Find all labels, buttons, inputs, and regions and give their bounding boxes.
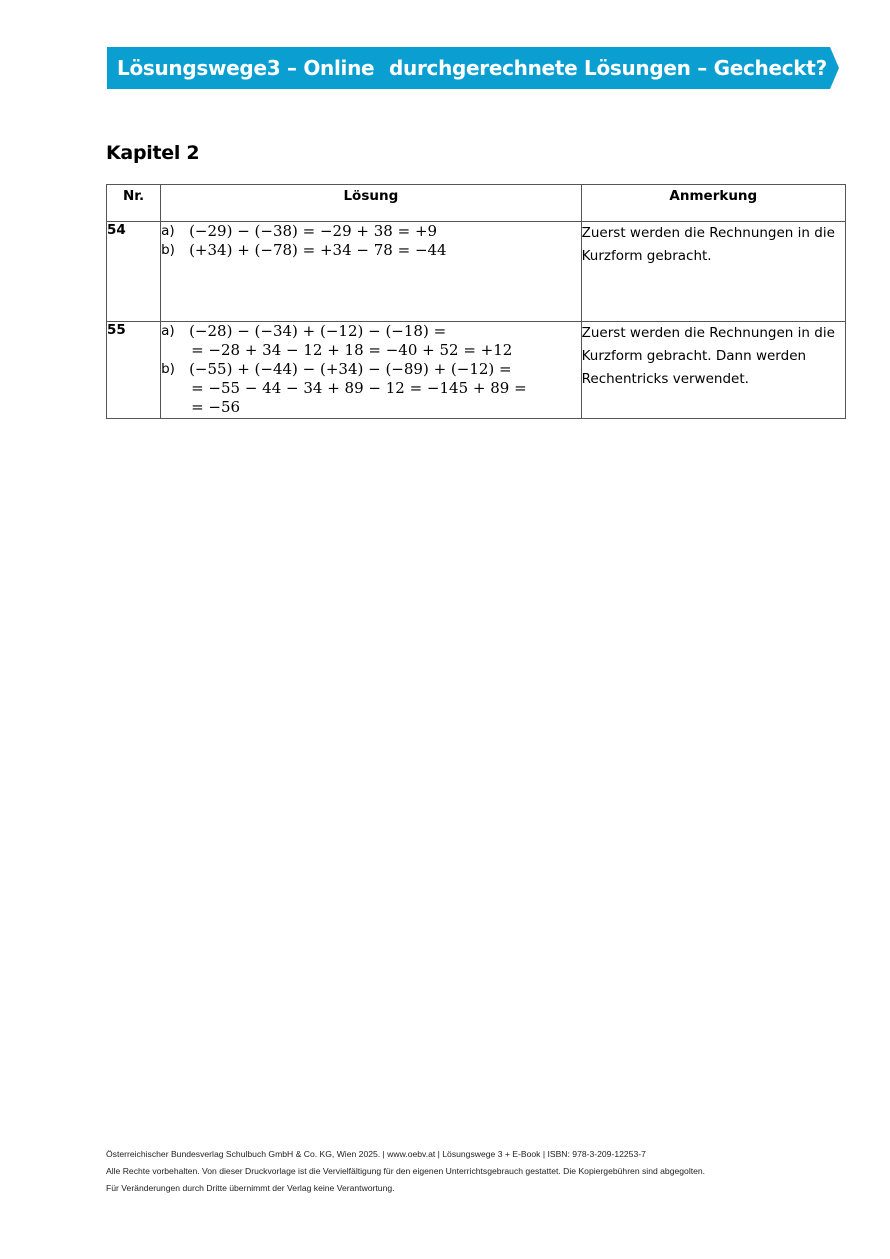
part-label: b): [161, 241, 189, 260]
equation-line: (−29) − (−38) = −29 + 38 = +9: [189, 222, 437, 241]
header-nr: Nr.: [107, 185, 161, 222]
banner-left-title: Lösungswege3 – Online: [117, 47, 374, 89]
remark-cell: Zuerst werden die Rechnungen in die Kurz…: [581, 222, 845, 322]
solution-cell: a) (−28) − (−34) + (−12) − (−18) = = −28…: [161, 322, 582, 419]
banner-right-title: durchgerechnete Lösungen – Gecheckt?: [389, 47, 827, 89]
table-row: 54 a) (−29) − (−38) = −29 + 38 = +9 b) (…: [107, 222, 846, 322]
equation-line: (−28) − (−34) + (−12) − (−18) =: [189, 322, 512, 341]
solution-part: b) (+34) + (−78) = +34 − 78 = −44: [161, 241, 581, 260]
part-label: b): [161, 360, 189, 417]
footer-disclaimer-line: Für Veränderungen durch Dritte übernimmt…: [106, 1180, 705, 1197]
header-solution: Lösung: [161, 185, 582, 222]
part-label: a): [161, 222, 189, 241]
footer: Österreichischer Bundesverlag Schulbuch …: [106, 1146, 705, 1197]
equation-line: = −55 − 44 − 34 + 89 − 12 = −145 + 89 =: [189, 379, 527, 398]
solution-cell: a) (−29) − (−38) = −29 + 38 = +9 b) (+34…: [161, 222, 582, 322]
solution-part: a) (−28) − (−34) + (−12) − (−18) = = −28…: [161, 322, 581, 360]
equation-line: = −28 + 34 − 12 + 18 = −40 + 52 = +12: [189, 341, 512, 360]
equation-line: (−55) + (−44) − (+34) − (−89) + (−12) =: [189, 360, 527, 379]
remark-cell: Zuerst werden die Rechnungen in die Kurz…: [581, 322, 845, 419]
solution-part: b) (−55) + (−44) − (+34) − (−89) + (−12)…: [161, 360, 581, 417]
part-label: a): [161, 322, 189, 360]
table-header-row: Nr. Lösung Anmerkung: [107, 185, 846, 222]
exercise-number: 54: [107, 222, 161, 322]
solutions-table: Nr. Lösung Anmerkung 54 a) (−29) − (−38)…: [106, 184, 846, 419]
footer-publisher-line: Österreichischer Bundesverlag Schulbuch …: [106, 1146, 705, 1163]
exercise-number: 55: [107, 322, 161, 419]
equation-line: (+34) + (−78) = +34 − 78 = −44: [189, 241, 447, 260]
header-banner: Lösungswege3 – Online durchgerechnete Lö…: [107, 47, 839, 89]
footer-rights-line: Alle Rechte vorbehalten. Von dieser Druc…: [106, 1163, 705, 1180]
table-row: 55 a) (−28) − (−34) + (−12) − (−18) = = …: [107, 322, 846, 419]
header-remark: Anmerkung: [581, 185, 845, 222]
solution-part: a) (−29) − (−38) = −29 + 38 = +9: [161, 222, 581, 241]
equation-line: = −56: [189, 398, 527, 417]
chapter-title: Kapitel 2: [106, 142, 199, 164]
